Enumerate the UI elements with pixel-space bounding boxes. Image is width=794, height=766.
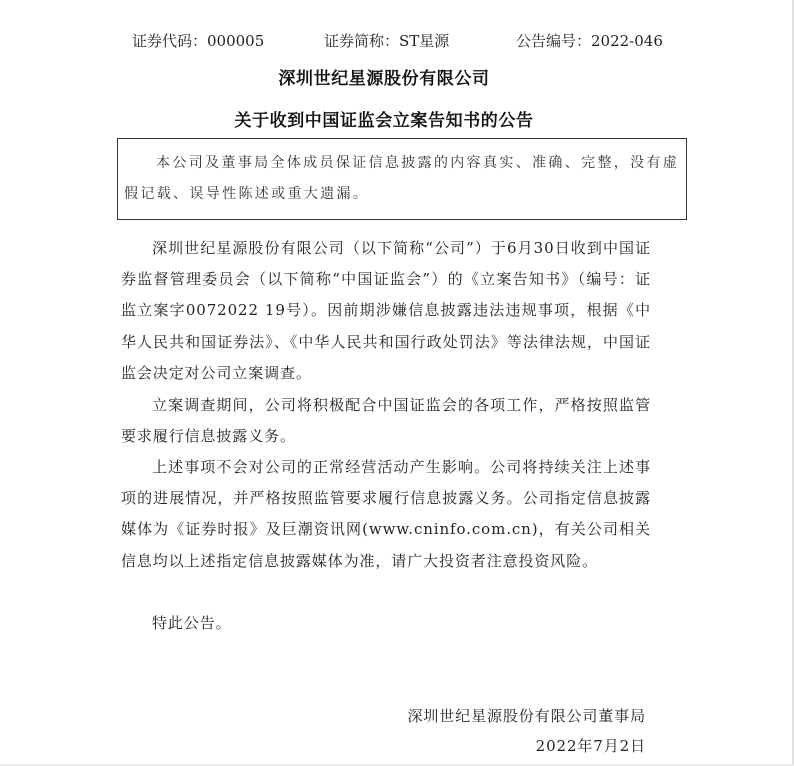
company-title: 深圳世纪星源股份有限公司 [0, 64, 768, 89]
announcement-title: 关于收到中国证监会立案告知书的公告 [0, 106, 768, 131]
signature-date: 2022年7月2日 [536, 736, 646, 756]
announcement-number: 公告编号：2022-046 [516, 31, 663, 51]
closing-statement: 特此公告。 [121, 608, 651, 639]
disclosure-statement-box: 本公司及董事局全体成员保证信息披露的内容真实、准确、完整，没有虚假记载、误导性陈… [117, 138, 687, 220]
body-paragraph-3: 上述事项不会对公司的正常经营活动产生影响。公司将持续关注上述事项的进展情况，并严… [121, 452, 651, 577]
security-abbreviation: 证券简称：ST星源 [324, 31, 449, 51]
document-page: 证券代码：000005 证券简称：ST星源 公告编号：2022-046 深圳世纪… [0, 0, 792, 764]
body-paragraph-2: 立案调查期间，公司将积极配合中国证监会的各项工作，严格按照监管要求履行信息披露义… [121, 390, 651, 452]
body-paragraph-1: 深圳世纪星源股份有限公司（以下简称“公司”）于6月30日收到中国证券监督管理委员… [121, 233, 651, 389]
signature-organization: 深圳世纪星源股份有限公司董事局 [407, 706, 646, 726]
security-code: 证券代码：000005 [132, 31, 264, 51]
disclosure-statement-text: 本公司及董事局全体成员保证信息披露的内容真实、准确、完整，没有虚假记载、误导性陈… [124, 148, 682, 210]
